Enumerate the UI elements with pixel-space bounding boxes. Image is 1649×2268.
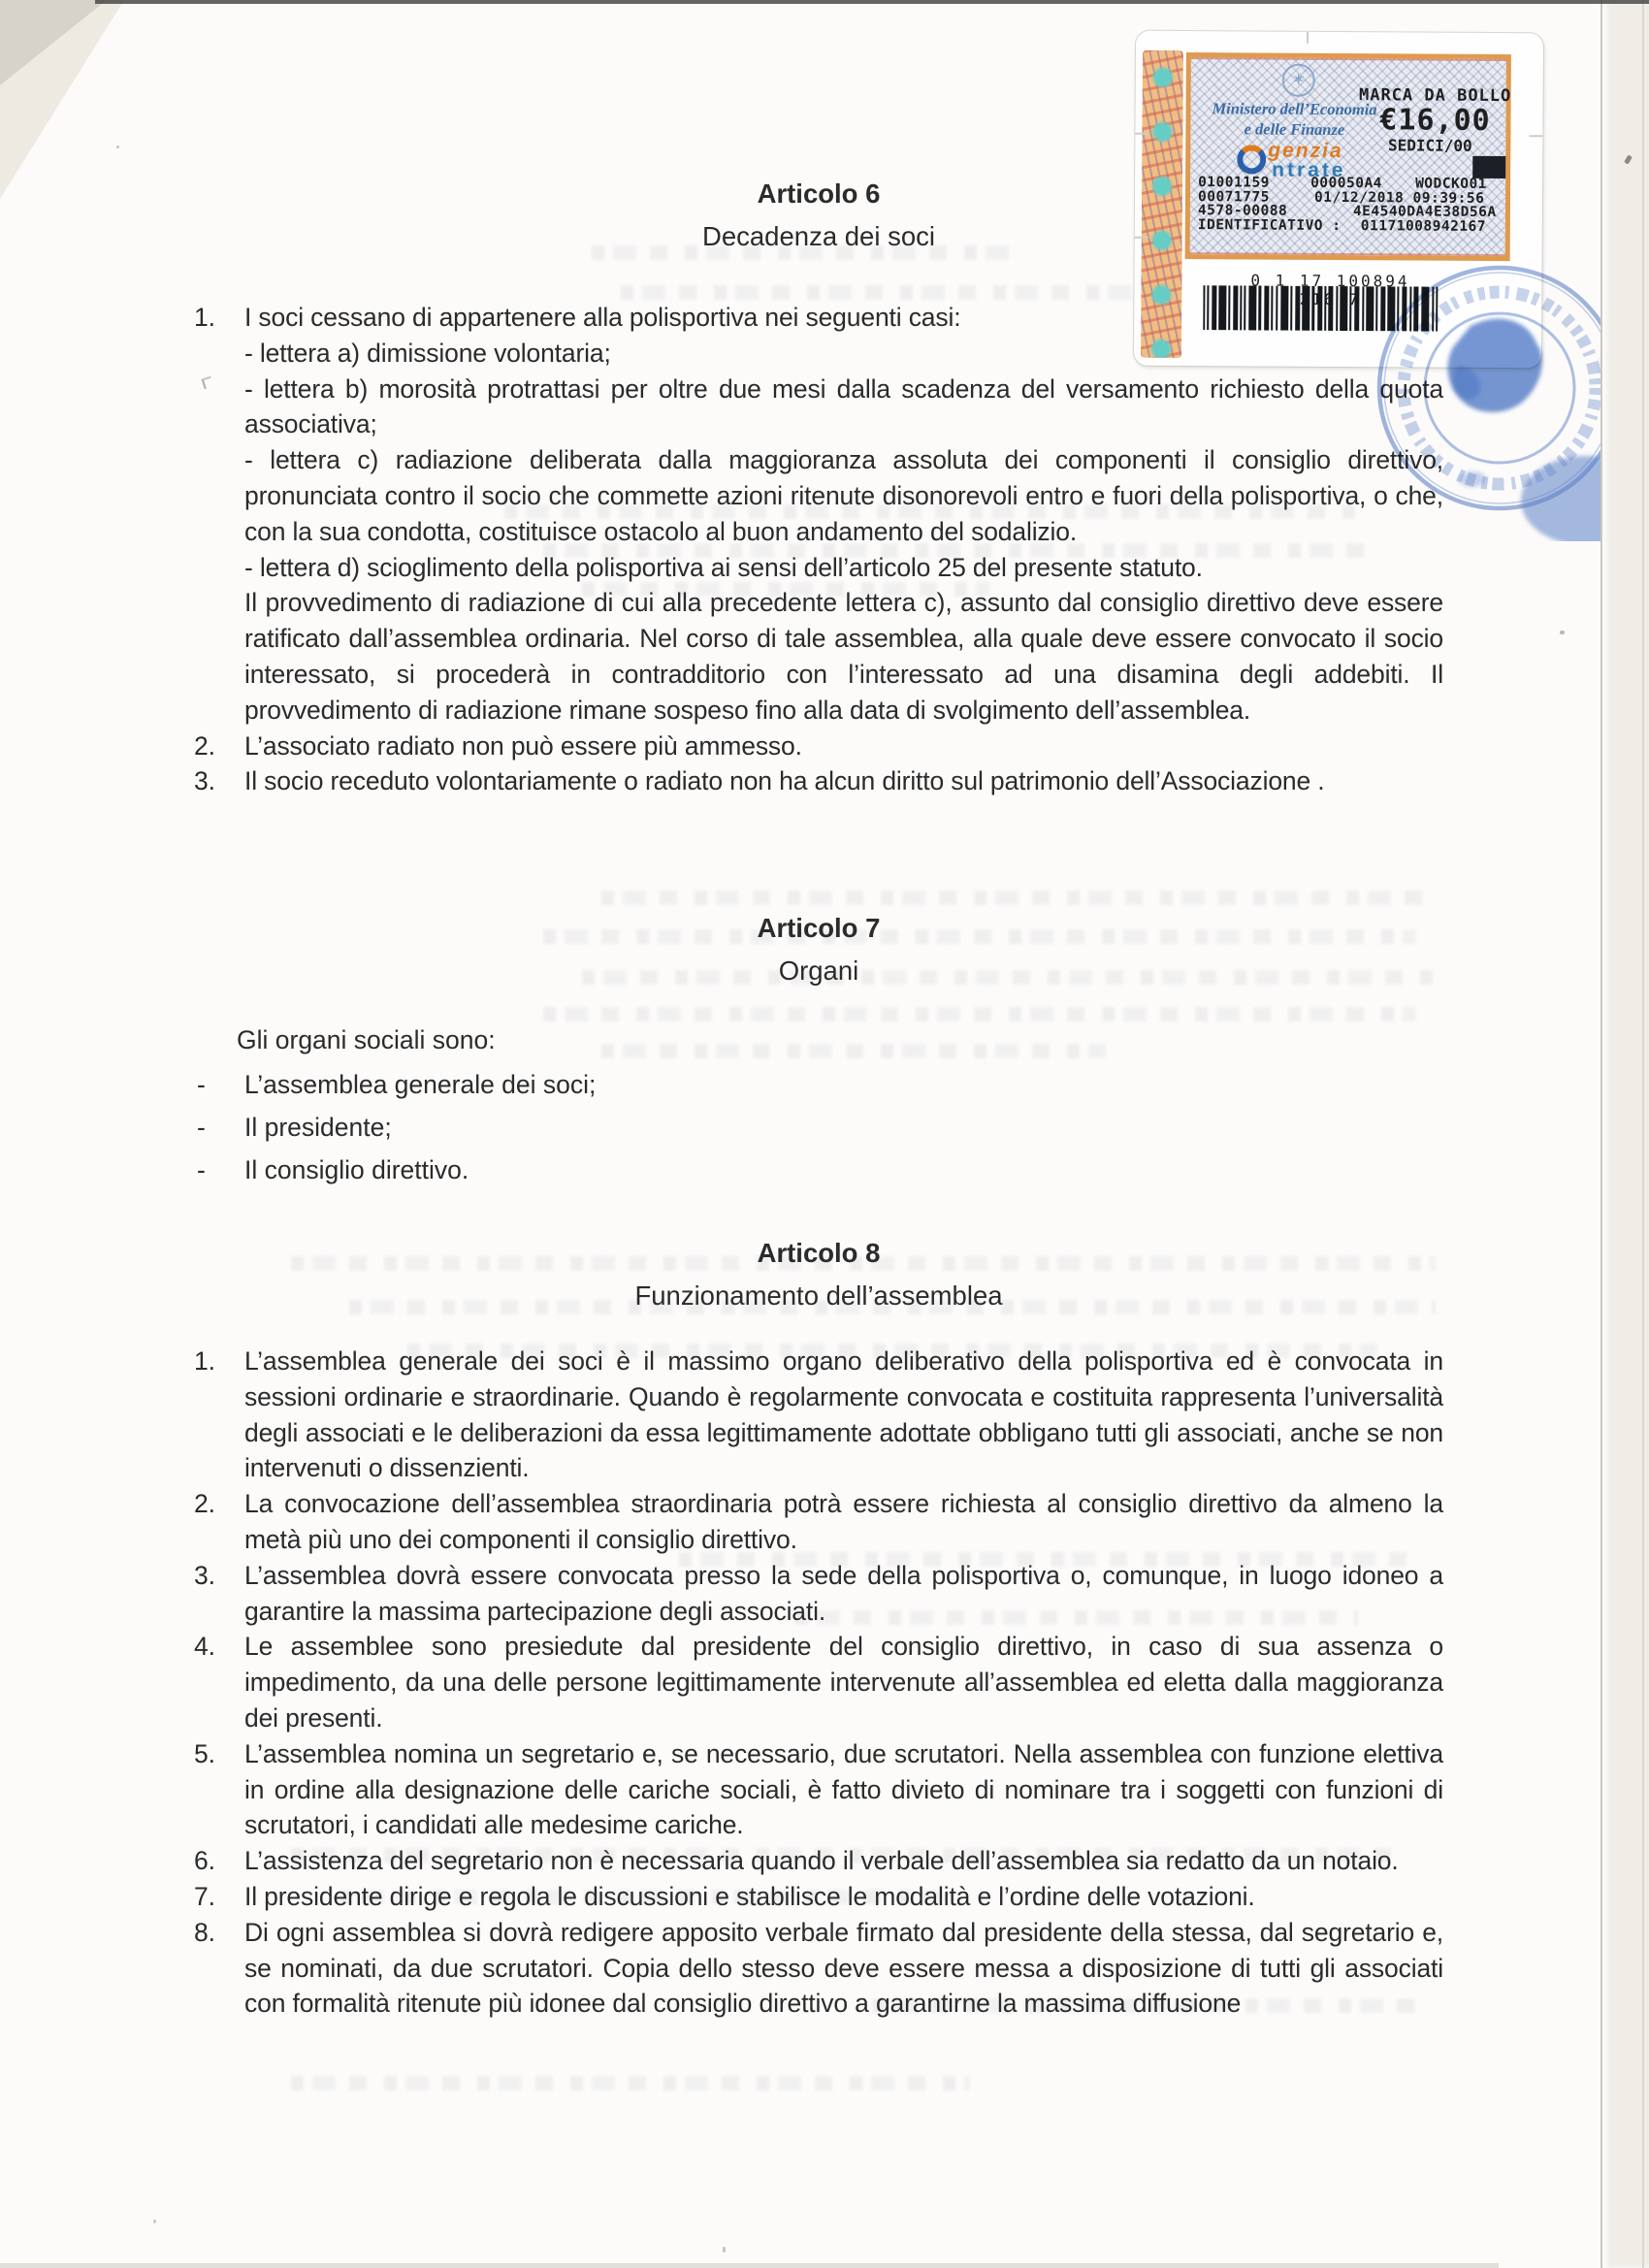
- list-item: 2. La convocazione dell’assemblea straor…: [194, 1486, 1443, 1558]
- list-item: 3. L’assemblea dovrà essere convocata pr…: [194, 1558, 1443, 1630]
- security-slit: [1529, 135, 1542, 137]
- stamp-amount: €16,00: [1357, 103, 1512, 138]
- organs-intro: Gli organi sociali sono:: [237, 1022, 496, 1058]
- paragraph: L’associato radiato non può essere più a…: [244, 729, 1443, 764]
- article-7-title: Articolo 7: [194, 907, 1443, 950]
- stamp-face: ✶ Ministero dell’Economia e delle Finanz…: [1185, 52, 1511, 261]
- paragraph: L’assemblea nomina un segretario e, se n…: [244, 1736, 1443, 1843]
- stamp-data-rows: 01001159 000050A4 WODCKO01 00071775 01/1…: [1198, 176, 1508, 234]
- scanned-statute-page: Articolo 6 Decadenza dei soci 1. I soci …: [0, 0, 1649, 2268]
- list-item: 6. L’assistenza del segretario non è nec…: [194, 1843, 1443, 1879]
- article-7-list: - L’assemblea generale dei soci; - Il pr…: [194, 1063, 1443, 1191]
- list-item: 3. Il socio receduto volontariamente o r…: [194, 763, 1443, 799]
- dash-bullet: -: [197, 1063, 206, 1106]
- stamp-code: 4E4540DA4E38D56A: [1353, 205, 1497, 219]
- paragraph: - lettera c) radiazione deliberata dalla…: [244, 442, 1443, 549]
- paragraph: Di ogni assemblea si dovrà redigere appo…: [244, 1915, 1443, 2022]
- item-number: 5.: [194, 1736, 215, 1772]
- item-number: 8.: [194, 1915, 215, 1951]
- list-item: 8. Di ogni assemblea si dovrà redigere a…: [194, 1915, 1443, 2022]
- list-item: 4. Le assemblee sono presiedute dal pres…: [194, 1629, 1443, 1735]
- item-number: 1.: [194, 300, 215, 336]
- dash-bullet: -: [197, 1106, 206, 1149]
- stamp-code: 01001159: [1198, 176, 1270, 190]
- paragraph: Il presidente dirige e regola le discuss…: [244, 1879, 1443, 1915]
- paragraph: Le assemblee sono presiedute dal preside…: [244, 1629, 1443, 1735]
- item-number: 2.: [194, 729, 215, 764]
- stamp-amount-words: SEDICI/00: [1357, 136, 1503, 155]
- stamp-code: 4578-00088: [1198, 204, 1287, 218]
- bleedthrough-row: [291, 2076, 970, 2090]
- security-slit: [1307, 32, 1309, 44]
- bleedthrough-row: [601, 891, 1436, 905]
- list-item: 1. L’assemblea generale dei soci è il ma…: [194, 1344, 1443, 1486]
- paragraph: L’assemblea generale dei soci è il massi…: [244, 1344, 1443, 1486]
- bullet-text: L’assemblea generale dei soci;: [244, 1070, 596, 1099]
- stamp-code: WODCKO01: [1415, 177, 1487, 191]
- stamp-row: IDENTIFICATIVO : 01171008942167: [1198, 218, 1508, 234]
- security-slit: [1135, 133, 1148, 135]
- list-item: 7. Il presidente dirige e regola le disc…: [194, 1879, 1443, 1915]
- article-8-list: 1. L’assemblea generale dei soci è il ma…: [194, 1344, 1443, 2022]
- list-item: - L’assemblea generale dei soci;: [194, 1063, 1443, 1106]
- dust-speck: [116, 146, 119, 148]
- dust-speck: [723, 2247, 726, 2252]
- bleedthrough-row: [543, 1007, 1416, 1021]
- scan-top-edge: [95, 0, 1649, 4]
- paragraph: L’assistenza del segretario non è necess…: [244, 1843, 1443, 1879]
- paragraph: - lettera d) scioglimento della polispor…: [244, 550, 1443, 586]
- paragraph: La convocazione dell’assemblea straordin…: [244, 1486, 1443, 1558]
- paragraph: - lettera b) morosità protrattasi per ol…: [244, 372, 1443, 443]
- identificativo-value: 01171008942167: [1361, 219, 1486, 234]
- article-8-heading: Articolo 8 Funzionamento dell’assemblea: [194, 1232, 1443, 1317]
- stamp-code: 000050A4: [1310, 177, 1382, 191]
- list-item: - Il consiglio direttivo.: [194, 1149, 1443, 1191]
- article-8-subtitle: Funzionamento dell’assemblea: [194, 1275, 1443, 1317]
- article-7-subtitle: Organi: [194, 950, 1443, 992]
- list-item: 2. L’associato radiato non può essere pi…: [194, 729, 1443, 764]
- identificativo-label: IDENTIFICATIVO :: [1198, 218, 1342, 233]
- hologram-strip: [1141, 50, 1183, 358]
- item-number: 3.: [194, 763, 215, 799]
- security-slit: [1135, 237, 1148, 239]
- dust-speck: [1560, 631, 1565, 634]
- dust-speck: [153, 2219, 156, 2223]
- redaction-chip: [1472, 156, 1505, 178]
- article-6-list: 1. I soci cessano di appartenere alla po…: [194, 300, 1443, 799]
- paragraph: L’assemblea dovrà essere convocata press…: [244, 1558, 1443, 1630]
- agency-swirl-icon: [1237, 145, 1266, 174]
- dash-bullet: -: [197, 1149, 206, 1191]
- item-number: 3.: [194, 1558, 215, 1594]
- bleedthrough-row: [601, 1044, 1106, 1058]
- item-number: 2.: [194, 1486, 215, 1522]
- bullet-text: Il presidente;: [244, 1113, 392, 1142]
- list-item: 5. L’assemblea nomina un segretario e, s…: [194, 1736, 1443, 1843]
- list-item: - Il presidente;: [194, 1106, 1443, 1149]
- scan-right-crease: [1642, 0, 1644, 2268]
- article-7-heading: Articolo 7 Organi: [194, 907, 1443, 992]
- item-number: 6.: [194, 1843, 215, 1879]
- paragraph: Il socio receduto volontariamente o radi…: [244, 763, 1443, 799]
- item-number: 1.: [194, 1344, 215, 1379]
- item-number: 4.: [194, 1629, 215, 1665]
- scan-bottom-edge: [0, 2263, 1499, 2268]
- paragraph: Il provvedimento di radiazione di cui al…: [244, 585, 1443, 728]
- article-8-title: Articolo 8: [194, 1232, 1443, 1275]
- italy-emblem-icon: ✶: [1282, 64, 1315, 97]
- bullet-text: Il consiglio direttivo.: [244, 1155, 469, 1184]
- item-number: 7.: [194, 1879, 215, 1915]
